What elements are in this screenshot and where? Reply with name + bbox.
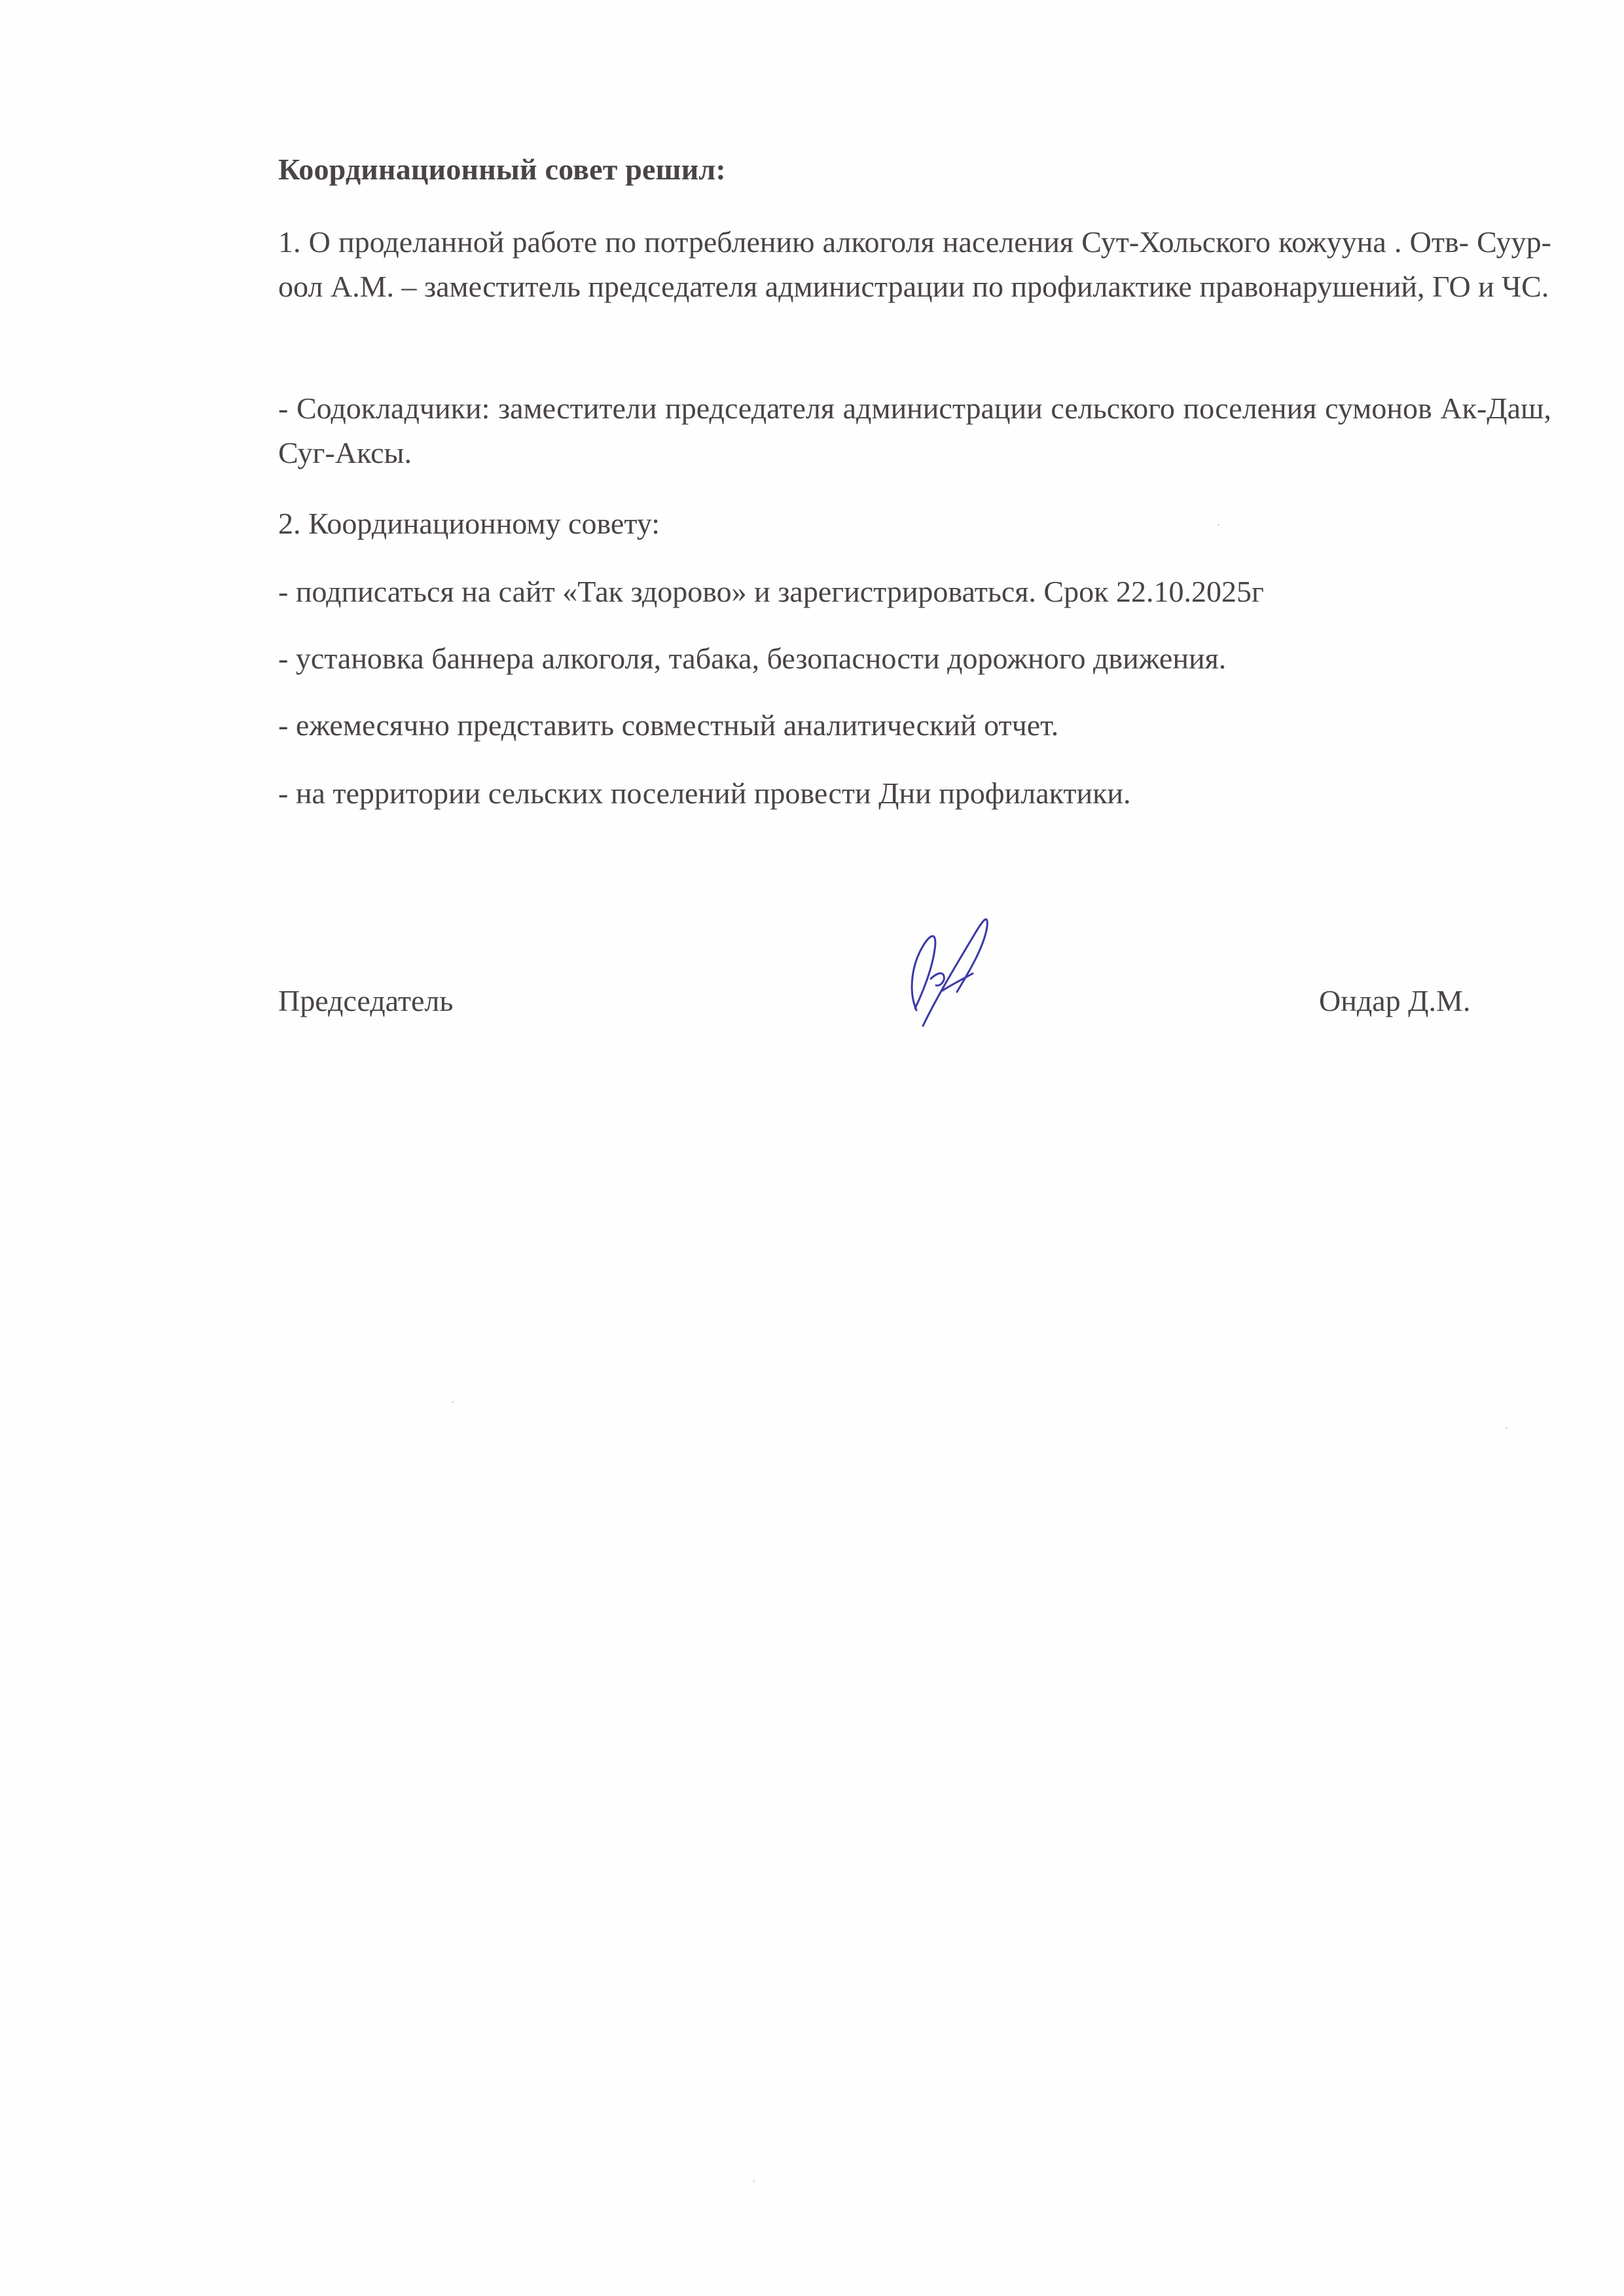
document-page: Координационный совет решил: 1. О продел… [0,0,1624,2296]
decision-heading: Координационный совет решил: [278,152,726,187]
handwritten-signature-icon [897,913,1034,1028]
section-2-item: - ежемесячно представить совместный анал… [278,703,1058,748]
section-2-title: 2. Координационному совету: [278,501,660,546]
scan-speck [452,1401,454,1403]
section-2-item: - установка баннера алкоголя, табака, бе… [278,636,1226,681]
signatory-name: Ондар Д.М. [1319,983,1470,1018]
scan-speck [753,2180,755,2182]
co-speakers-paragraph: - Содокладчики: заместители председателя… [278,386,1551,475]
signatory-role: Председатель [278,983,453,1018]
scan-speck [1506,1427,1507,1429]
item-1-paragraph: 1. О проделанной работе по потреблению а… [278,220,1551,309]
section-2-item: - подписаться на сайт «Так здорово» и за… [278,570,1264,614]
section-2-item: - на территории сельских поселений прове… [278,771,1131,816]
scan-speck [1218,524,1219,526]
